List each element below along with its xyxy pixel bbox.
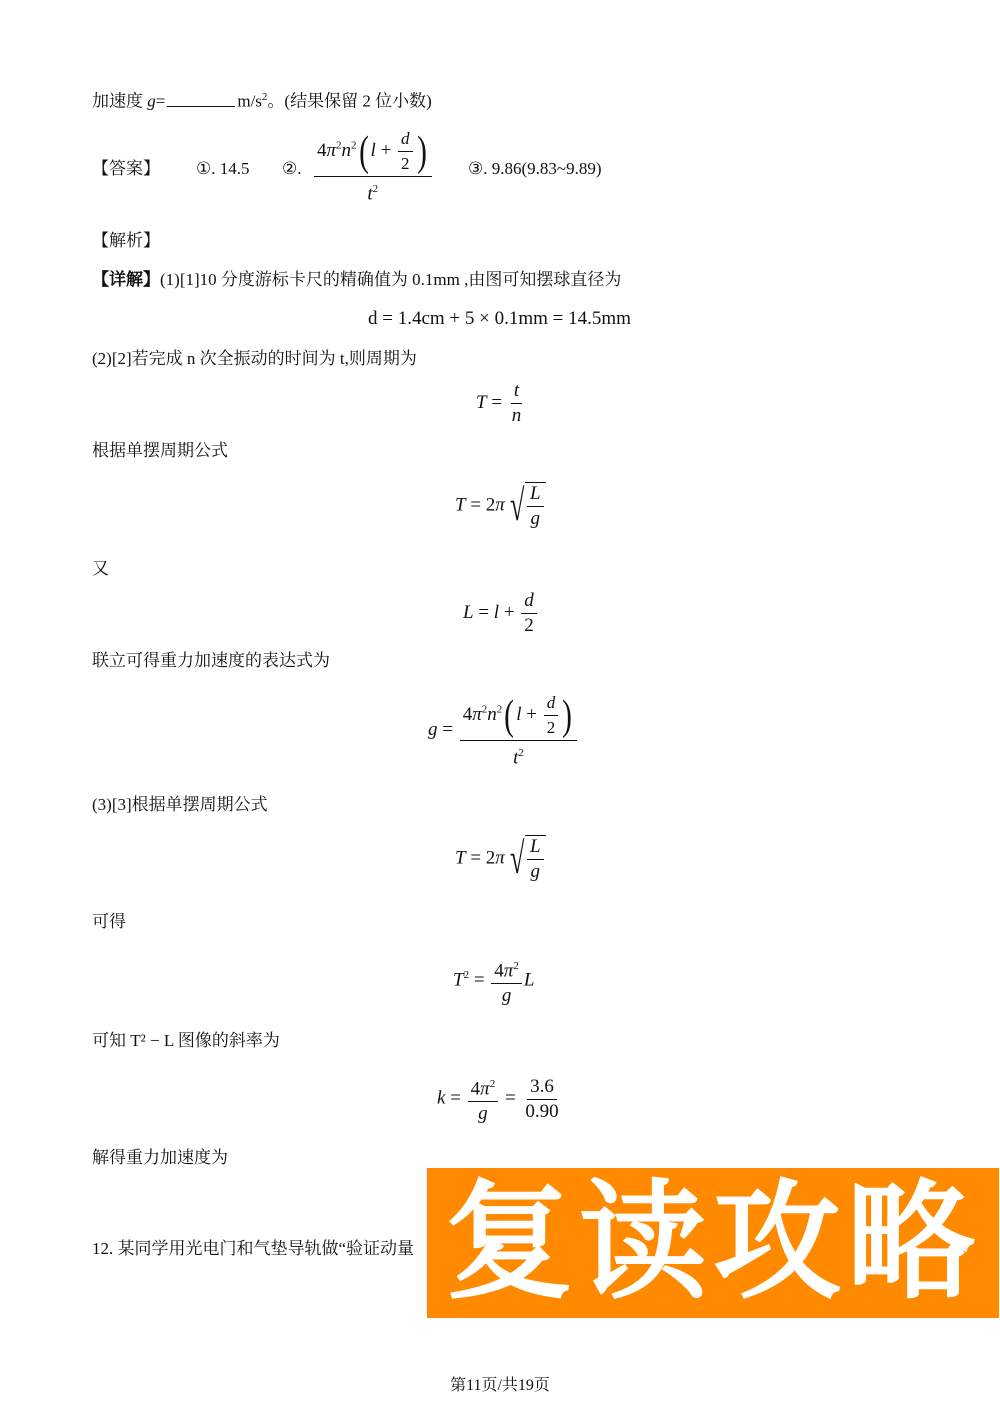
text-solve: 解得重力加速度为	[92, 1147, 228, 1169]
equation-length: L = l + d2	[463, 590, 539, 637]
text-kede: 可得	[92, 911, 126, 933]
detail-label: 【详解】	[92, 270, 160, 289]
analysis-label: 【解析】	[92, 230, 160, 252]
equation-t-squared: T2 = 4π2gL	[453, 955, 534, 1007]
detail-part1: 【详解】(1)[1]10 分度游标卡尺的精确值为 0.1mm ,由图可知摆球直径…	[92, 269, 621, 291]
text-slope: 可知 T² − L 图像的斜率为	[92, 1030, 280, 1052]
watermark-banner: 复读攻略	[427, 1168, 999, 1318]
page-footer: 第11页/共19页	[0, 1372, 1000, 1395]
equation-period: T = tn	[476, 380, 526, 427]
answer-item-2-formula: 4π2n2(l + d2) t2	[312, 128, 434, 205]
slope-denominator: 0.90	[522, 1100, 561, 1123]
answer-item-3: ③. 9.86(9.83~9.89)	[468, 158, 602, 180]
text-formula: 根据单摆周期公式	[92, 440, 228, 462]
question-tail-suffix: 。(结果保留 2 位小数)	[267, 92, 431, 111]
detail-part2: (2)[2]若完成 n 次全振动的时间为 t,则周期为	[92, 348, 417, 370]
equation-diameter: d = 1.4cm + 5 × 0.1mm = 14.5mm	[368, 308, 631, 330]
answer-blank	[167, 90, 235, 107]
answer-label: 【答案】	[92, 158, 160, 180]
equation-slope: k = 4π2g = 3.60.90	[437, 1073, 564, 1125]
question-tail-line: 加速度 g=m/s2。(结果保留 2 位小数)	[92, 86, 432, 113]
text-combine: 联立可得重力加速度的表达式为	[92, 650, 330, 672]
variable-g: g	[147, 92, 156, 111]
question-tail-prefix: 加速度	[92, 92, 147, 111]
unit: m/s	[237, 92, 262, 111]
answer-item-2-prefix: ②.	[282, 158, 302, 180]
equation-pendulum-1: T = 2π√Lg	[455, 482, 546, 530]
equals-sign: =	[156, 92, 166, 111]
equation-pendulum-2: T = 2π√Lg	[455, 835, 546, 883]
detail-part1-text: (1)[1]10 分度游标卡尺的精确值为 0.1mm ,由图可知摆球直径为	[160, 270, 621, 289]
next-question: 12. 某同学用光电门和气垫导轨做“验证动量	[92, 1238, 414, 1260]
detail-part3: (3)[3]根据单摆周期公式	[92, 794, 268, 816]
text-you: 又	[92, 558, 109, 580]
slope-numerator: 3.6	[527, 1076, 557, 1100]
watermark-text: 复读攻略	[445, 1168, 981, 1318]
answer-item-1: ①. 14.5	[196, 158, 250, 180]
equation-g-expression: g = 4π2n2(l + d2) t2	[428, 692, 579, 769]
